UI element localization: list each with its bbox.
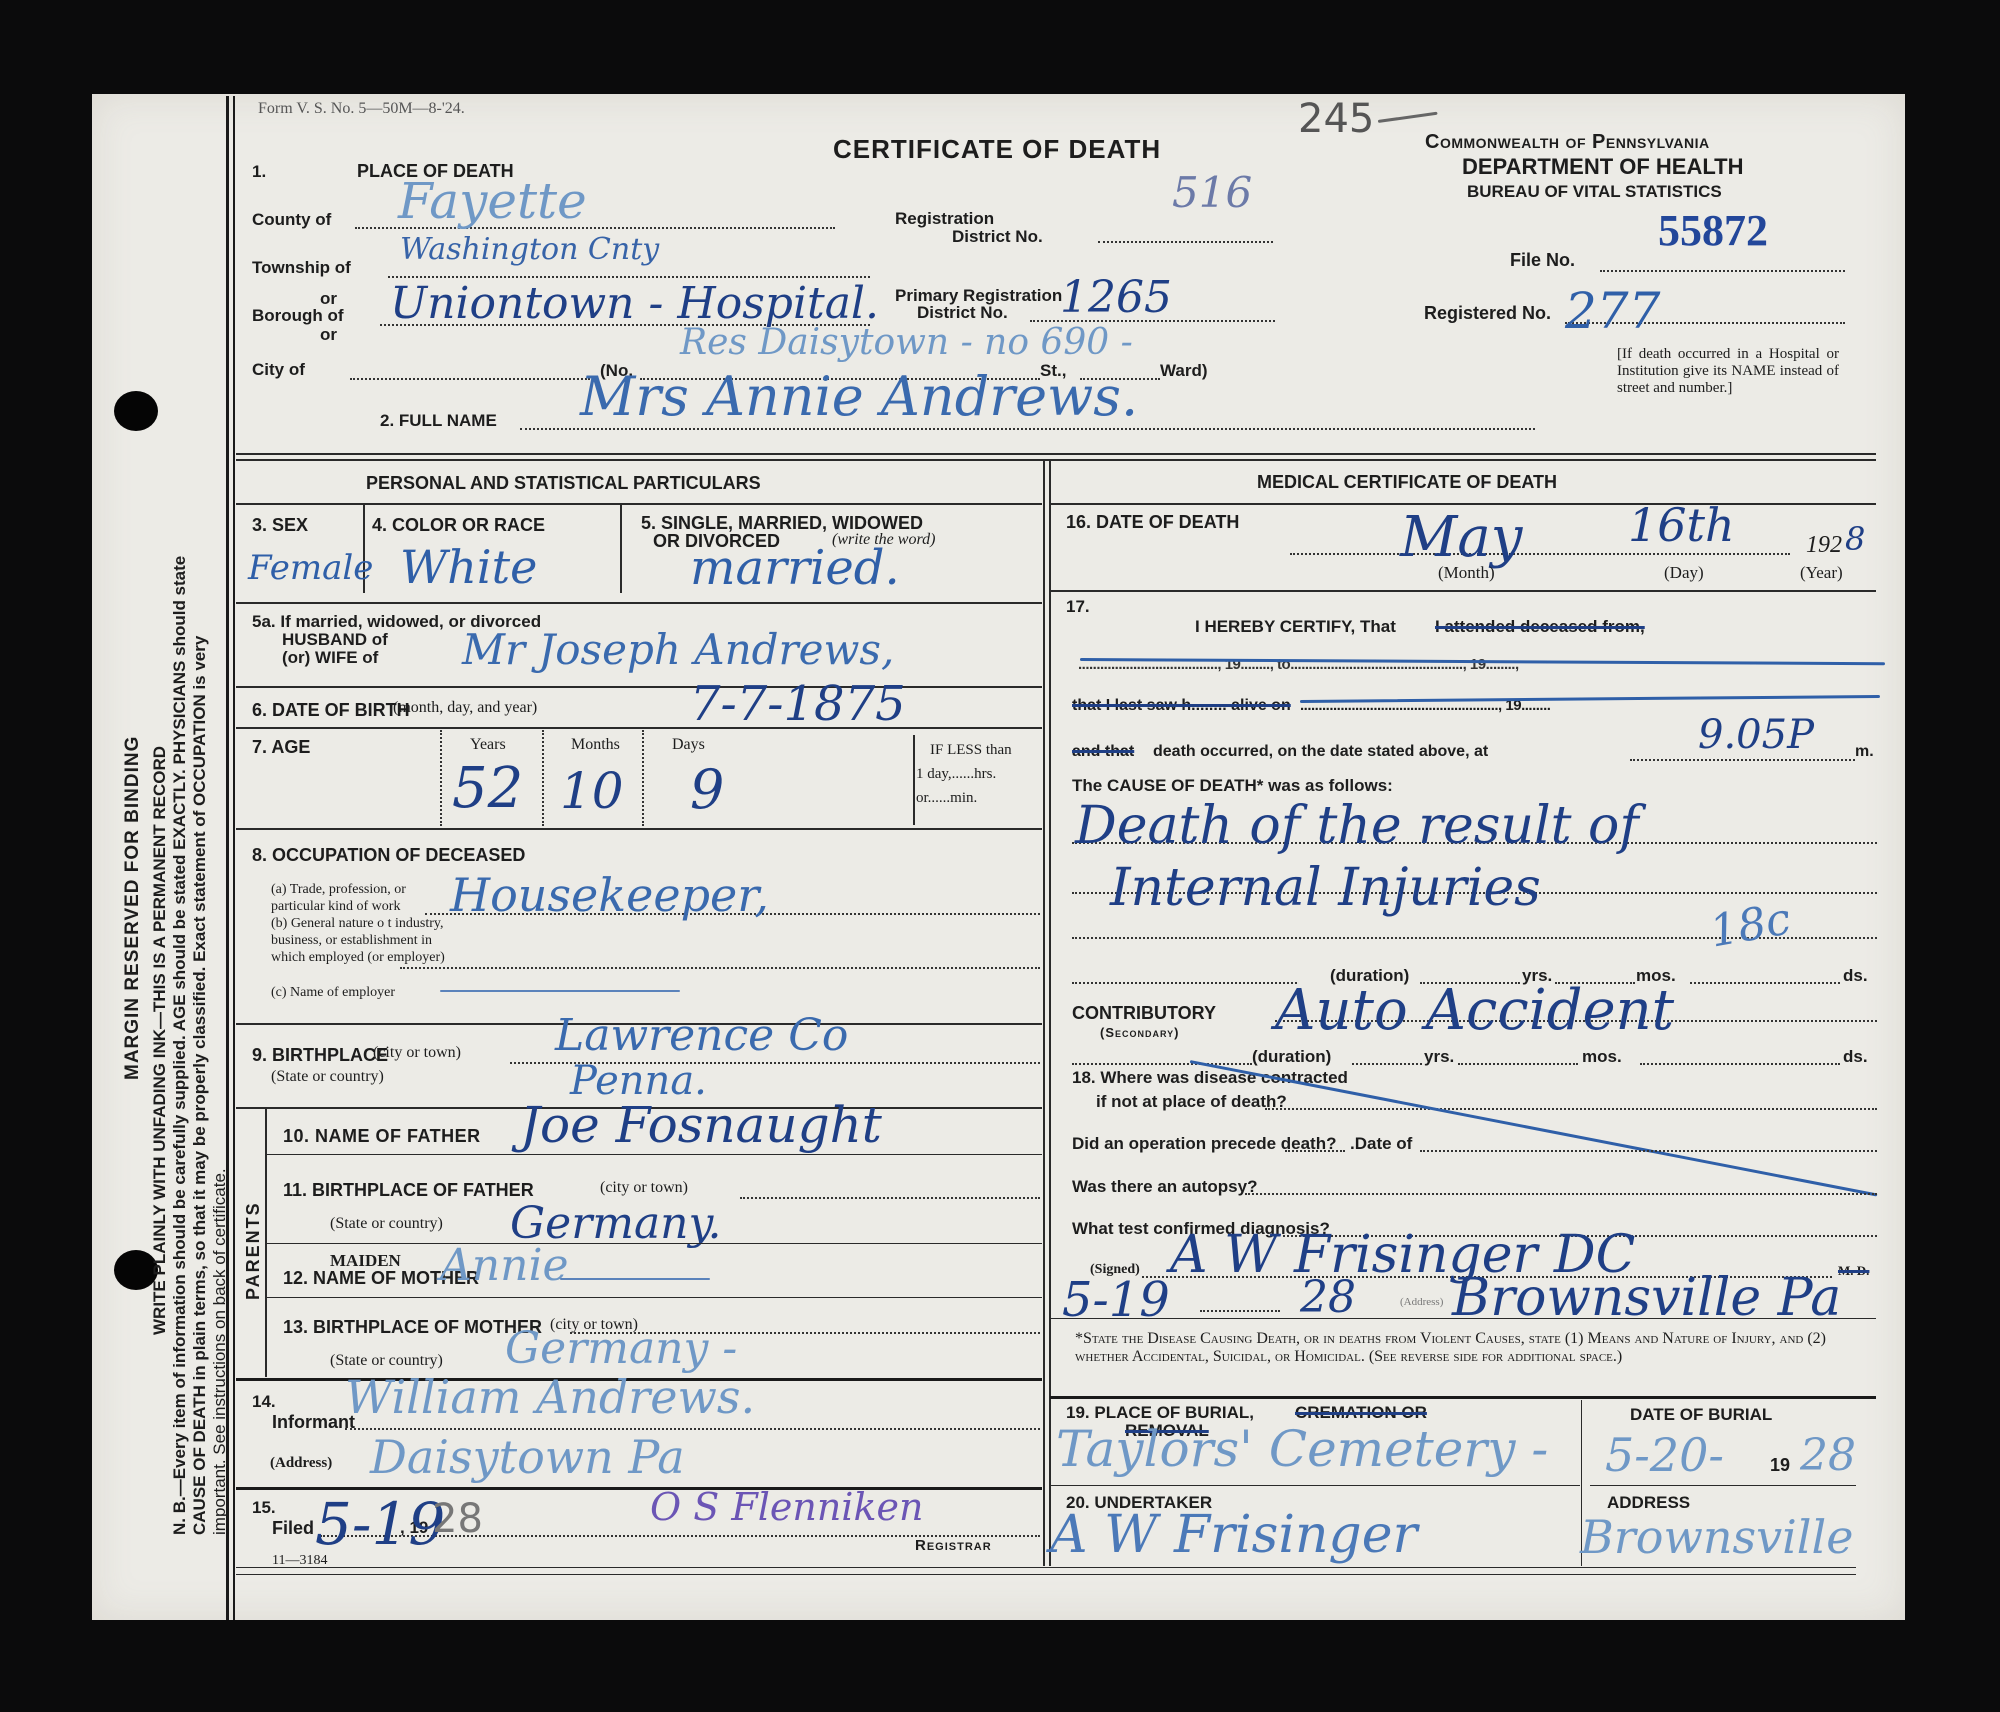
operation-line xyxy=(1285,1150,1345,1152)
medical-rule-16 xyxy=(1050,590,1876,592)
bottom-rule xyxy=(236,1567,1856,1568)
operation-date-label: .Date of xyxy=(1350,1134,1412,1154)
item-17-number: 17. xyxy=(1066,597,1090,617)
occupation-label: 8. OCCUPATION OF DECEASED xyxy=(252,845,525,866)
item-1-number: 1. xyxy=(252,162,266,182)
item-14-number: 14. xyxy=(252,1392,276,1412)
item-18-line xyxy=(1265,1108,1877,1110)
margin-line1: WRITE PLAINLY WITH UNFADING INK—THIS IS … xyxy=(150,746,170,1335)
secondary-label: (Secondary) xyxy=(1100,1025,1180,1040)
occurred-line xyxy=(1630,759,1855,761)
occurred-suffix: m. xyxy=(1855,743,1874,761)
city-line xyxy=(350,378,590,380)
cause-line2-value[interactable]: Internal Injuries xyxy=(1110,858,1541,918)
autopsy-line xyxy=(1245,1193,1877,1195)
row-rule-12 xyxy=(266,1297,1042,1298)
filed-year-value: 28 xyxy=(432,1496,483,1542)
dod-line xyxy=(1290,553,1790,555)
cause-label: The CAUSE OF DEATH* was as follows: xyxy=(1072,776,1393,796)
occurred-text: death occurred, on the date stated above… xyxy=(1153,743,1488,761)
mother-birthplace-state-hint: (State or country) xyxy=(330,1352,443,1370)
last-saw-struck: that I last saw h........ alive on xyxy=(1072,697,1291,715)
dob-value[interactable]: 7-7-1875 xyxy=(690,676,906,732)
registrar-signature-stamp: O S Flenniken xyxy=(650,1485,923,1529)
operation-date-line xyxy=(1420,1150,1877,1152)
registrar-label: Registrar xyxy=(915,1537,992,1554)
margin-line2: N. B.—Every item of information should b… xyxy=(170,556,190,1535)
primary-registration-label2: District No. xyxy=(917,303,1008,323)
contributory-value[interactable]: Auto Accident xyxy=(1275,978,1674,1043)
row-rule-11 xyxy=(266,1243,1042,1244)
hospital-note: [If death occurred in a Hospital or Inst… xyxy=(1617,346,1839,397)
occupation-a1: (a) Trade, profession, or xyxy=(271,882,406,898)
sex-value[interactable]: Female xyxy=(248,548,373,588)
signed-address-value: Brownsville Pa xyxy=(1452,1268,1841,1328)
medical-heading: MEDICAL CERTIFICATE OF DEATH xyxy=(1257,472,1557,493)
burial-year-prefix: 19 xyxy=(1770,1455,1790,1476)
age-less-line2: 1 day,......hrs. xyxy=(916,766,996,783)
day-hint: (Day) xyxy=(1664,563,1704,583)
father-name-label: 10. NAME OF FATHER xyxy=(283,1126,481,1147)
item-18-label2: if not at place of death? xyxy=(1096,1092,1287,1112)
margin-title: MARGIN RESERVED FOR BINDING xyxy=(122,736,144,1080)
age-months-label: Months xyxy=(571,736,620,754)
age-days-label: Days xyxy=(672,736,705,754)
spouse-label2: HUSBAND of xyxy=(282,630,388,650)
burial-year-value[interactable]: 28 xyxy=(1800,1430,1856,1481)
mother-birthplace-value[interactable]: Germany - xyxy=(505,1323,737,1374)
undertaker-value[interactable]: A W Frisinger xyxy=(1050,1505,1417,1565)
county-label: County of xyxy=(252,210,331,230)
file-no-label: File No. xyxy=(1510,250,1575,271)
occupation-a2: particular kind of work xyxy=(271,899,400,915)
autopsy-label: Was there an autopsy? xyxy=(1072,1177,1257,1197)
informant-address-label: (Address) xyxy=(270,1455,332,1472)
margin-line4: important. See instructions on back of c… xyxy=(210,1168,230,1535)
informant-value[interactable]: William Andrews. xyxy=(345,1370,755,1424)
registration-district-line xyxy=(1098,241,1273,243)
age-divider-1 xyxy=(440,730,442,826)
full-name-line xyxy=(520,428,1535,430)
father-birthplace-line xyxy=(740,1197,1040,1199)
file-no-line xyxy=(1600,270,1845,272)
dod-month-value[interactable]: May xyxy=(1400,505,1522,570)
age-less-line1: IF LESS than xyxy=(930,742,1012,759)
registered-no-label: Registered No. xyxy=(1424,303,1551,324)
duration-ds-line-1 xyxy=(1690,982,1840,984)
personal-heading: PERSONAL AND STATISTICAL PARTICULARS xyxy=(366,473,761,494)
item-15-number: 15. xyxy=(252,1498,276,1518)
occupation-value[interactable]: Housekeeper, xyxy=(450,868,769,922)
age-years-label: Years xyxy=(470,736,506,754)
race-value[interactable]: White xyxy=(400,540,537,594)
burial-date-value[interactable]: 5-20- xyxy=(1605,1428,1724,1482)
city-label: City of xyxy=(252,360,305,380)
occupation-b2: business, or establishment in xyxy=(271,933,432,949)
dod-year-suffix[interactable]: 8 xyxy=(1845,520,1865,558)
borough-label: Borough of xyxy=(252,306,344,326)
signed-date-line xyxy=(1200,1310,1280,1312)
cause-footnote: *State the Disease Causing Death, or in … xyxy=(1075,1330,1875,1366)
section-divider xyxy=(1043,459,1045,1566)
full-name-label: 2. FULL NAME xyxy=(380,411,497,431)
parents-bracket xyxy=(265,1107,267,1377)
certificate-title: CERTIFICATE OF DEATH xyxy=(833,134,1161,165)
authority-line1: Commonwealth of Pennsylvania xyxy=(1425,131,1710,154)
burial-rule xyxy=(1050,1485,1580,1486)
age-divider-2 xyxy=(542,730,544,826)
cause-line1-value[interactable]: Death of the result of xyxy=(1075,796,1639,856)
father-birthplace-hint: (city or town) xyxy=(600,1179,688,1197)
row-rule-6 xyxy=(236,727,1042,729)
row-rule-10 xyxy=(266,1154,1042,1155)
header-divider-2 xyxy=(236,459,1876,461)
signed-year-value: 28 xyxy=(1300,1272,1356,1323)
duration-ds-line-2 xyxy=(1640,1063,1840,1065)
burial-date-label: DATE OF BURIAL xyxy=(1630,1405,1772,1425)
undertaker-address-value[interactable]: Brownsville xyxy=(1580,1510,1853,1564)
margin-rule-inner xyxy=(233,96,235,1620)
burial-place-value[interactable]: Taylors' Cemetery - xyxy=(1056,1420,1548,1478)
signed-address-label: (Address) xyxy=(1400,1296,1443,1308)
filed-label: Filed xyxy=(272,1518,314,1539)
occupation-b3: which employed (or employer) xyxy=(271,950,445,966)
margin-line3: CAUSE OF DEATH in plain terms, so that i… xyxy=(190,636,210,1535)
duration-mos-line-2 xyxy=(1458,1063,1578,1065)
father-birthplace-state-hint: (State or country) xyxy=(330,1215,443,1233)
row-rule-5a xyxy=(236,686,1042,688)
birthplace-label: 9. BIRTHPLACE xyxy=(252,1045,388,1066)
mother-name-value[interactable]: Annie xyxy=(440,1240,569,1291)
duration-label-2: (duration) xyxy=(1252,1047,1331,1067)
birthplace-city-value[interactable]: Lawrence Co xyxy=(555,1010,848,1061)
personal-heading-rule xyxy=(236,503,1042,505)
sex-label: 3. SEX xyxy=(252,515,308,536)
birthplace-hint: (city or town) xyxy=(373,1044,461,1062)
age-label: 7. AGE xyxy=(252,737,310,758)
parents-label: PARENTS xyxy=(243,1201,264,1300)
time-of-death-value[interactable]: 9.05P xyxy=(1698,712,1814,758)
duration-line-2 xyxy=(1072,1063,1252,1065)
informant-address-value[interactable]: Daisytown Pa xyxy=(370,1430,685,1484)
ds-label-1: ds. xyxy=(1843,966,1868,986)
row-rule-3 xyxy=(236,602,1042,604)
city-ward-label: Ward) xyxy=(1160,361,1208,381)
occupation-b-line xyxy=(400,967,1040,969)
city-value[interactable]: Res Daisytown - no 690 - xyxy=(680,322,1133,363)
employer-dash xyxy=(440,990,680,992)
certify-struck-text: I attended deceased from, xyxy=(1435,617,1645,637)
father-birthplace-label: 11. BIRTHPLACE OF FATHER xyxy=(283,1180,534,1201)
medical-footnote-rule xyxy=(1050,1396,1876,1399)
authority-line3: BUREAU OF VITAL STATISTICS xyxy=(1467,182,1722,202)
signed-date-value: 5-19 xyxy=(1062,1272,1170,1328)
marital-value[interactable]: married. xyxy=(690,540,900,596)
registration-district-label2: District No. xyxy=(952,227,1043,247)
file-number-stamp: 55872 xyxy=(1658,205,1768,256)
race-marital-divider xyxy=(620,505,622,593)
mother-name-dash xyxy=(560,1278,710,1280)
township-value[interactable]: Washington Cnty xyxy=(400,232,659,267)
bottom-rule-2 xyxy=(236,1574,1856,1575)
dob-hint: (month, day, and year) xyxy=(393,699,537,717)
month-hint: (Month) xyxy=(1438,563,1495,583)
year-hint: (Year) xyxy=(1800,563,1843,583)
form-number: Form V. S. No. 5—50M—8-'24. xyxy=(258,100,465,118)
occupation-c: (c) Name of employer xyxy=(271,985,395,1001)
mother-birthplace-label: 13. BIRTHPLACE OF MOTHER xyxy=(283,1317,542,1338)
authority-line2: DEPARTMENT OF HEALTH xyxy=(1462,154,1744,180)
occurred-prefix-struck: and that xyxy=(1072,743,1134,761)
spouse-label3: (or) WIFE of xyxy=(282,648,378,668)
duration-line-1 xyxy=(1072,982,1297,984)
header-divider xyxy=(236,453,1876,455)
signed-address-rule xyxy=(1050,1318,1876,1319)
ds-label-2: ds. xyxy=(1843,1047,1868,1067)
yrs-label-2: yrs. xyxy=(1424,1047,1454,1067)
father-name-value[interactable]: Joe Fosnaught xyxy=(520,1096,882,1154)
pencil-number: 245 xyxy=(1298,96,1374,142)
county-value[interactable]: Fayette xyxy=(398,172,587,230)
duration-yrs-line-2 xyxy=(1352,1063,1422,1065)
burial-date-rule xyxy=(1590,1485,1856,1486)
binding-hole-top xyxy=(114,391,158,431)
primary-registration-value: 1265 xyxy=(1060,272,1172,323)
certify-text: I HEREBY CERTIFY, That xyxy=(1195,617,1396,637)
row-rule-7 xyxy=(236,828,1042,830)
age-less-line3: or......min. xyxy=(916,790,977,807)
registration-district-value: 516 xyxy=(1172,168,1252,217)
dod-day-value[interactable]: 16th xyxy=(1628,498,1735,552)
md-label: M. D. xyxy=(1838,1263,1869,1279)
mos-label-2: mos. xyxy=(1582,1047,1622,1067)
or-label-2: or xyxy=(320,325,337,345)
registration-district-label1: Registration xyxy=(895,209,994,229)
race-label: 4. COLOR OR RACE xyxy=(372,515,545,536)
birthplace-state-hint: (State or country) xyxy=(271,1068,384,1086)
section-divider-2 xyxy=(1049,459,1051,1566)
spouse-value[interactable]: Mr Joseph Andrews, xyxy=(462,625,894,674)
filed-date-value[interactable]: 5-19 xyxy=(315,1490,445,1558)
age-days-value[interactable]: 9 xyxy=(690,758,724,821)
age-less-box xyxy=(913,735,915,825)
dod-label: 16. DATE OF DEATH xyxy=(1066,512,1239,533)
occupation-b1: (b) General nature o t industry, xyxy=(271,916,443,932)
dod-year-prefix: 192 xyxy=(1806,532,1842,559)
township-label: Township of xyxy=(252,258,351,278)
dob-label: 6. DATE OF BIRTH xyxy=(252,700,410,721)
age-months-value[interactable]: 10 xyxy=(560,762,624,820)
age-years-value[interactable]: 52 xyxy=(452,756,523,821)
registered-no-value: 277 xyxy=(1565,282,1660,340)
informant-label: Informant xyxy=(272,1412,355,1433)
full-name-value[interactable]: Mrs Annie Andrews. xyxy=(580,365,1138,428)
age-divider-days xyxy=(642,730,644,826)
contributory-label: CONTRIBUTORY xyxy=(1072,1003,1216,1024)
